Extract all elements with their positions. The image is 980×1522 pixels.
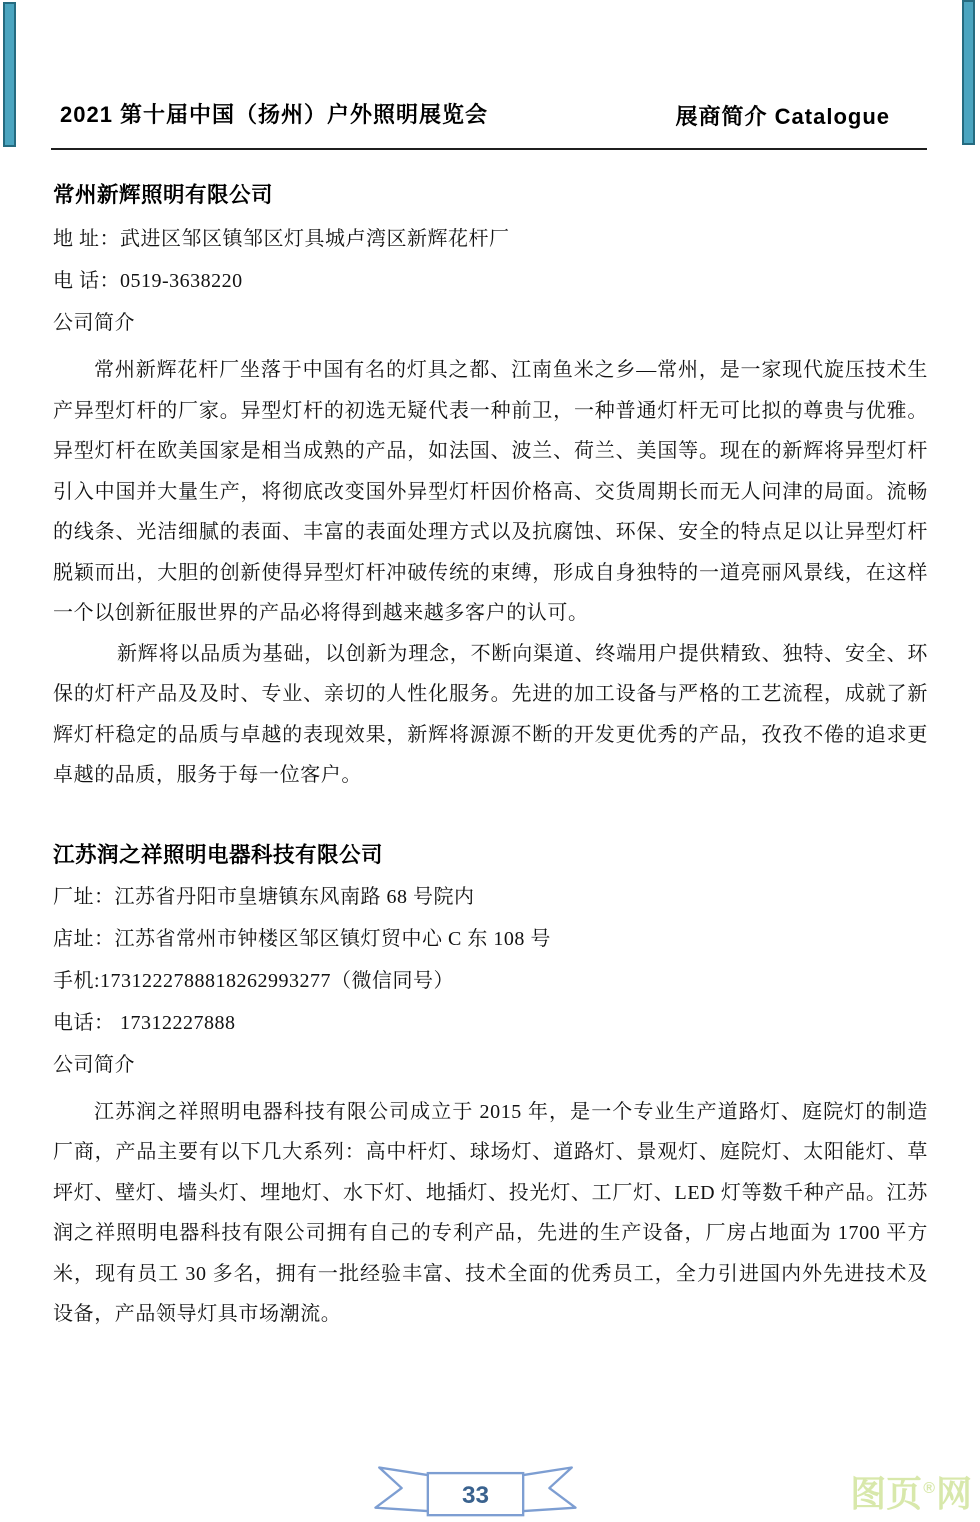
company-2-mobile-line: 手机:1731222788818262993277（微信同号） (53, 960, 928, 1002)
company-1-phone-line: 电 话：0519-3638220 (53, 260, 928, 302)
watermark-text-right: 网 (936, 1473, 972, 1514)
catalogue-page: 2021 第十届中国（扬州）户外照明展览会 展商简介 Catalogue 常州新… (0, 0, 980, 1522)
page-content: 常州新辉照明有限公司 地 址：武进区邹区镇邹区灯具城卢湾区新辉花杆厂 电 话：0… (53, 148, 928, 1335)
watermark-text-left: 图页 (850, 1473, 922, 1514)
company-2-info: 厂址：江苏省丹阳市皇塘镇东风南路 68 号院内 店址：江苏省常州市钟楼区邹区镇灯… (53, 876, 928, 1086)
page-number-ribbon: 33 (368, 1460, 583, 1518)
page-number: 33 (462, 1482, 489, 1509)
ribbon-left-tail-shape (375, 1468, 433, 1512)
company-1-name: 常州新辉照明有限公司 (53, 180, 928, 210)
page-header-title: 2021 第十届中国（扬州）户外照明展览会 (60, 98, 488, 129)
company-2-name: 江苏润之祥照明电器科技有限公司 (53, 840, 928, 870)
company-1-address-line: 地 址：武进区邹区镇邹区灯具城卢湾区新辉花杆厂 (53, 218, 928, 260)
company-2-factory-address-line: 厂址：江苏省丹阳市皇塘镇东风南路 68 号院内 (53, 876, 928, 918)
company-1-paragraph-1: 常州新辉花杆厂坐落于中国有名的灯具之都、江南鱼米之乡—常州，是一家现代旋压技术生… (53, 350, 928, 634)
registered-trademark-icon: ® (923, 1480, 935, 1497)
company-1-info: 地 址：武进区邹区镇邹区灯具城卢湾区新辉花杆厂 电 话：0519-3638220… (53, 218, 928, 344)
company-1-paragraph-2: 新辉将以品质为基础，以创新为理念，不断向渠道、终端用户提供精致、独特、安全、环保… (53, 634, 928, 796)
decorative-teal-bar-right (962, 0, 975, 145)
ribbon-right-tail-shape (518, 1468, 576, 1512)
company-2-paragraph-1: 江苏润之祥照明电器科技有限公司成立于 2015 年，是一个专业生产道路灯、庭院灯… (53, 1092, 928, 1335)
company-2-store-address-line: 店址：江苏省常州市钟楼区邹区镇灯贸中心 C 东 108 号 (53, 918, 928, 960)
company-2-profile-label: 公司简介 (53, 1044, 928, 1086)
company-2-phone-line: 电话： 17312227888 (53, 1002, 928, 1044)
company-1-profile-label: 公司简介 (53, 302, 928, 344)
decorative-teal-bar-left (3, 2, 16, 147)
watermark-logo: 图页®网 (850, 1476, 972, 1512)
page-header-catalogue-label: 展商简介 Catalogue (676, 100, 890, 131)
